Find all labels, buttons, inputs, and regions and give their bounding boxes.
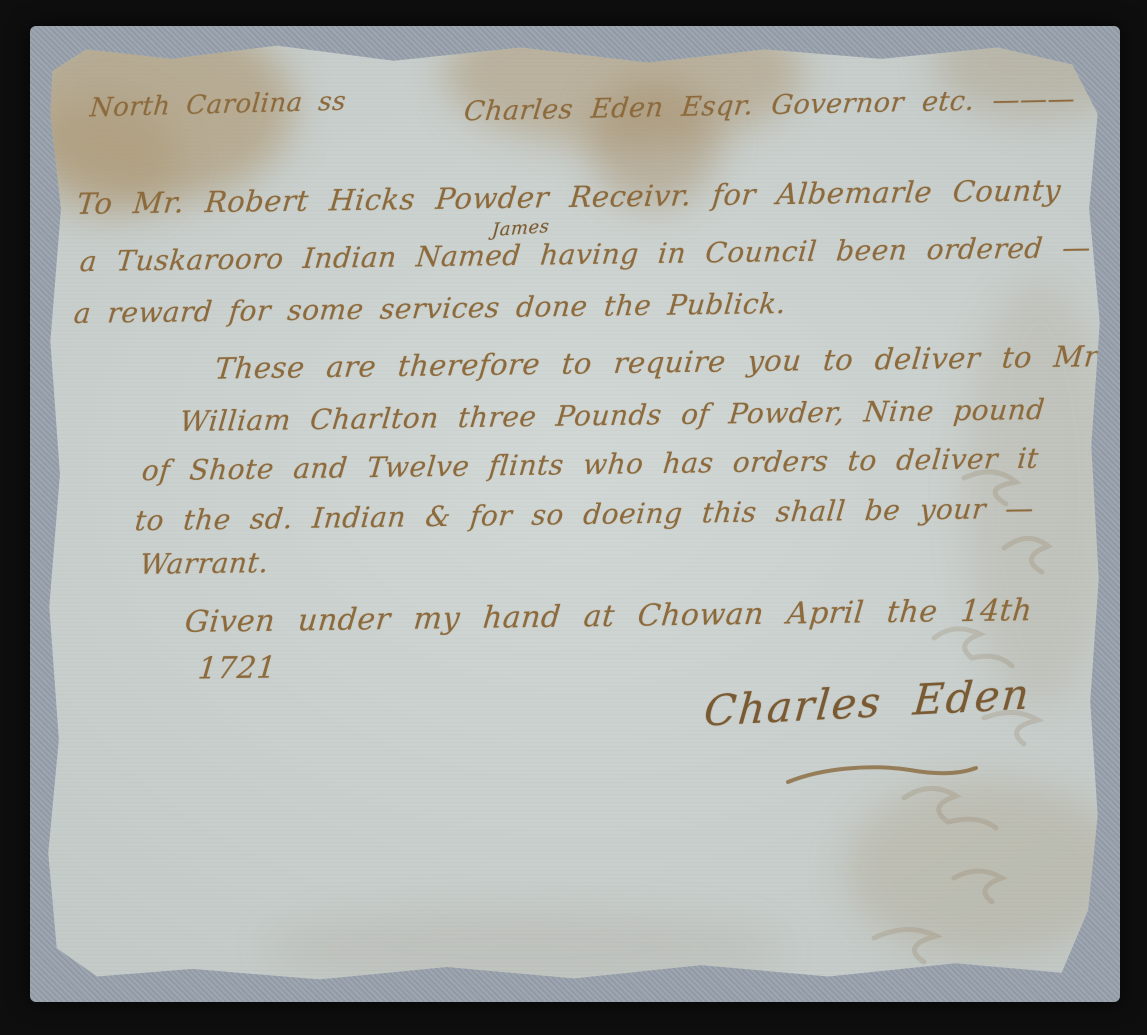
body-line: Warrant.	[139, 546, 271, 581]
body-line: William Charlton three Pounds of Powder,…	[179, 393, 1047, 438]
manuscript-paper: North Carolina ss Charles Eden Esqr. Gov…	[44, 38, 1104, 986]
ink-bleedthrough-marks	[814, 458, 1114, 978]
header-issuer-line: Charles Eden Esqr. Governor etc. ———	[462, 84, 1076, 128]
body-line: a Tuskarooro Indian Named having in Coun…	[79, 231, 1093, 278]
header-region-label: North Carolina ss	[89, 87, 347, 124]
document-photo: North Carolina ss Charles Eden Esqr. Gov…	[0, 0, 1147, 1035]
body-line: a reward for some services done the Publ…	[73, 287, 788, 330]
year-line: 1721	[196, 650, 278, 686]
body-line: To Mr. Robert Hicks Powder Receivr. for …	[75, 173, 1062, 221]
body-line: These are therefore to require you to de…	[213, 338, 1147, 385]
inserted-word: James	[491, 216, 550, 241]
